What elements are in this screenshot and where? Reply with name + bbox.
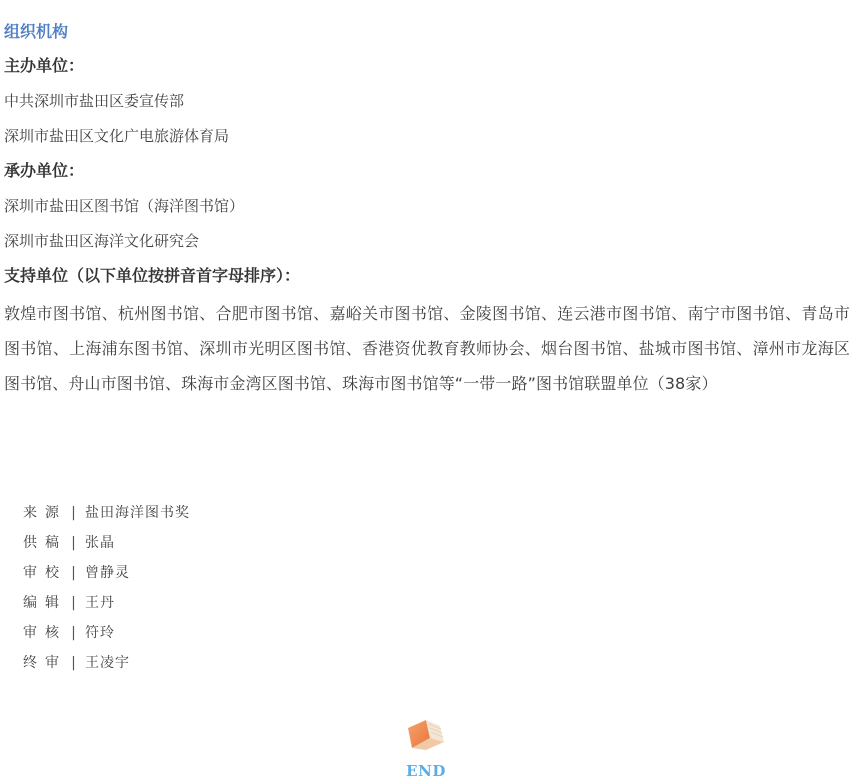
credit-value: 王凌宇 [85, 650, 130, 676]
credit-separator: | [67, 500, 81, 526]
end-label: END [396, 762, 456, 780]
organizer-item: 深圳市盐田区图书馆（海洋图书馆） [4, 194, 244, 218]
credit-label: 审校 [23, 560, 67, 586]
credit-row-proofreader: 审校|曾静灵 [23, 560, 190, 590]
section-title: 组织机构 [4, 20, 68, 44]
credit-value: 符玲 [85, 620, 115, 646]
open-book-icon [396, 716, 456, 752]
credit-row-reviewer: 审核|符玲 [23, 620, 190, 650]
credit-row-editor: 编辑|王丹 [23, 590, 190, 620]
credit-label: 终审 [23, 650, 67, 676]
supporters-list: 敦煌市图书馆、杭州图书馆、合肥市图书馆、嘉峪关市图书馆、金陵图书馆、连云港市图书… [4, 296, 850, 401]
host-heading: 主办单位： [4, 54, 84, 78]
end-footer: END [396, 716, 456, 780]
credit-value: 盐田海洋图书奖 [85, 500, 190, 526]
credit-separator: | [67, 620, 81, 646]
credit-row-final-reviewer: 终审|王凌宇 [23, 650, 190, 680]
credit-separator: | [67, 590, 81, 616]
credit-separator: | [67, 530, 81, 556]
credit-row-source: 来源|盐田海洋图书奖 [23, 500, 190, 530]
credit-separator: | [67, 650, 81, 676]
credit-separator: | [67, 560, 81, 586]
credit-value: 曾静灵 [85, 560, 130, 586]
organizer-heading: 承办单位： [4, 159, 84, 183]
supporters-heading: 支持单位（以下单位按拼音首字母排序）： [4, 264, 300, 288]
host-item: 深圳市盐田区文化广电旅游体育局 [4, 124, 229, 148]
credit-value: 张晶 [85, 530, 115, 556]
credit-row-contributor: 供稿|张晶 [23, 530, 190, 560]
organizer-item: 深圳市盐田区海洋文化研究会 [4, 229, 199, 253]
credit-label: 编辑 [23, 590, 67, 616]
credit-label: 来源 [23, 500, 67, 526]
credit-label: 审核 [23, 620, 67, 646]
credit-value: 王丹 [85, 590, 115, 616]
host-item: 中共深圳市盐田区委宣传部 [4, 89, 184, 113]
credits-block: 来源|盐田海洋图书奖 供稿|张晶 审校|曾静灵 编辑|王丹 审核|符玲 终审|王… [23, 500, 190, 680]
credit-label: 供稿 [23, 530, 67, 556]
